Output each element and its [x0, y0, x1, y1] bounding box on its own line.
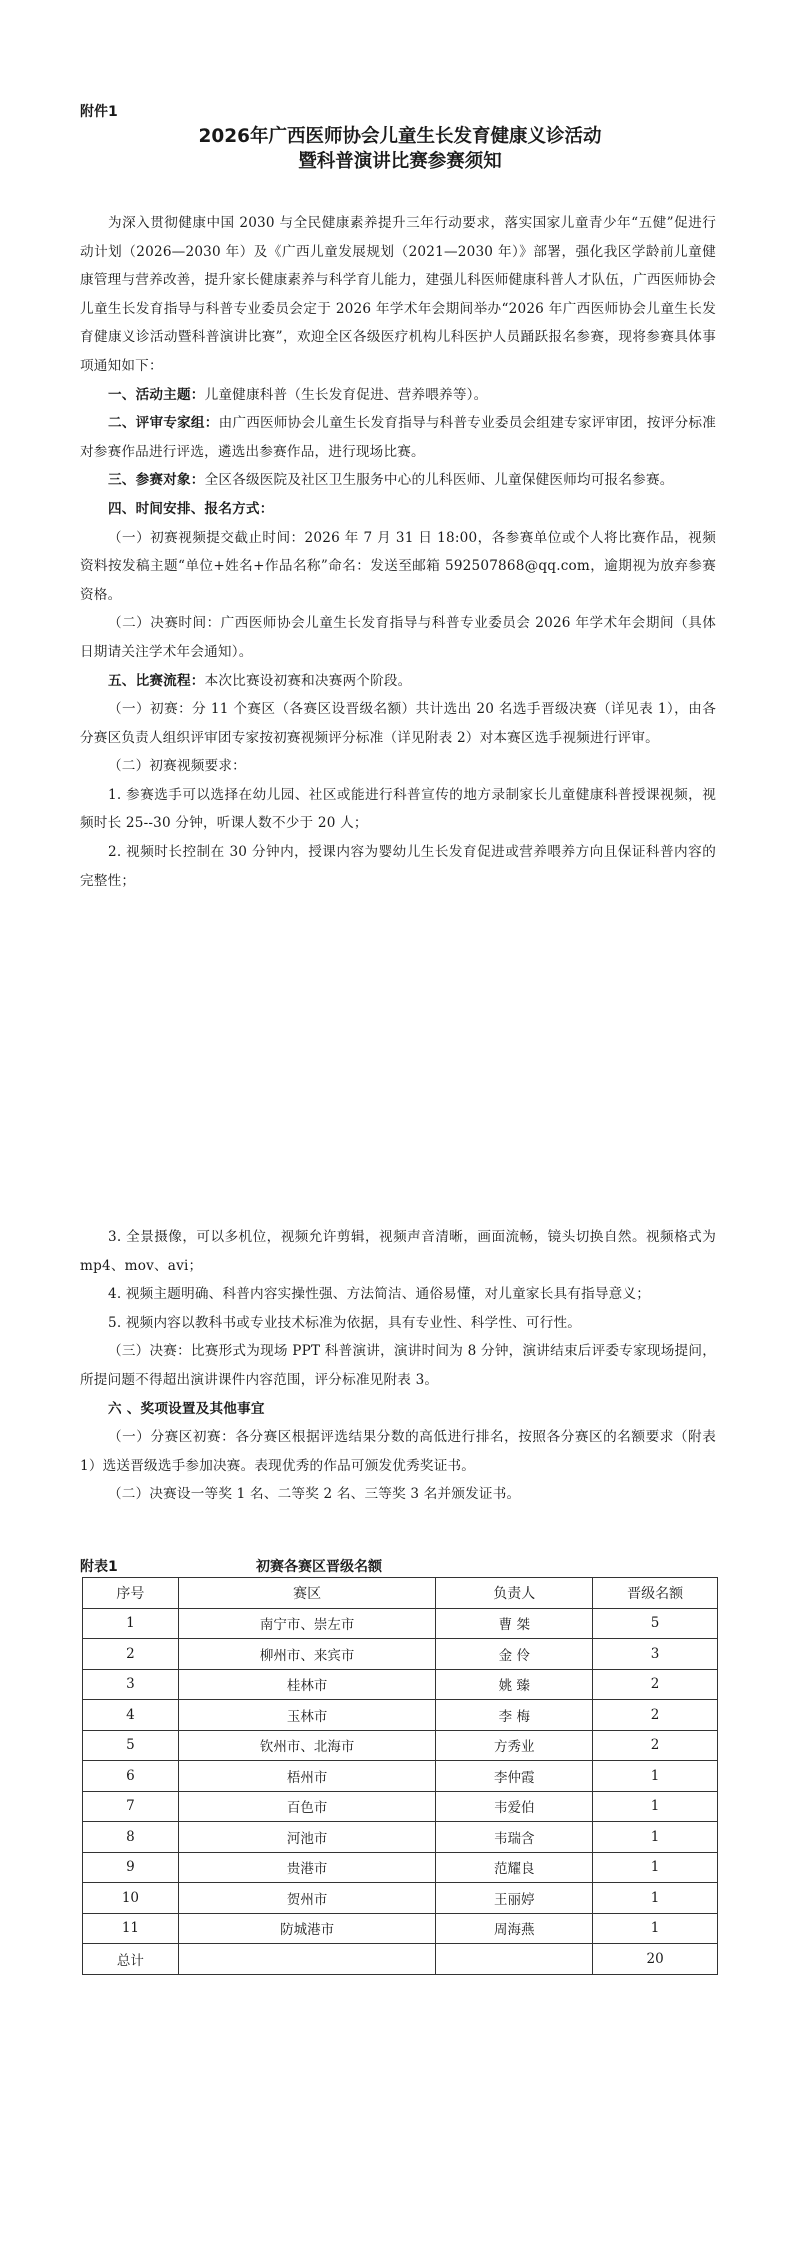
section-6-heading: 六 、奖项设置及其他事宜	[108, 1401, 265, 1417]
table-caption-row: 附表1 初赛各赛区晋级名额	[80, 1556, 718, 1578]
table-total-row: 总计20	[83, 1944, 718, 1975]
section-6: 六 、奖项设置及其他事宜	[80, 1395, 716, 1424]
cell-quota: 2	[593, 1730, 718, 1761]
cell-region: 钦州市、北海市	[178, 1730, 436, 1761]
table-row: 11防城港市周海燕1	[83, 1913, 718, 1944]
section-5-text: 本次比赛设初赛和决赛两个阶段。	[205, 673, 412, 689]
video-requirement-5: 5. 视频内容以教科书或专业技术标准为依据，具有专业性、科学性、可行性。	[80, 1309, 716, 1338]
section-6-item-1: （一）分赛区初赛：各分赛区根据评选结果分数的高低进行排名，按照各分赛区的名额要求…	[80, 1423, 716, 1480]
table-caption: 初赛各赛区晋级名额	[80, 1556, 558, 1578]
cell-person: 王丽婷	[436, 1883, 593, 1914]
header-region: 赛区	[178, 1578, 436, 1609]
table-row: 5钦州市、北海市方秀业2	[83, 1730, 718, 1761]
table-row: 7百色市韦爱伯1	[83, 1791, 718, 1822]
table-row: 8河池市韦瑞含1	[83, 1822, 718, 1853]
cell-region: 桂林市	[178, 1669, 436, 1700]
section-5: 五、比赛流程：本次比赛设初赛和决赛两个阶段。	[80, 667, 716, 696]
cell-quota: 1	[593, 1761, 718, 1792]
section-4-item-2: （二）决赛时间：广西医师协会儿童生长发育指导与科普专业委员会 2026 年学术年…	[80, 609, 716, 666]
document-page: 附件1 2026年广西医师协会儿童生长发育健康义诊活动 暨科普演讲比赛参赛须知 …	[0, 0, 793, 2244]
cell-quota: 2	[593, 1669, 718, 1700]
cell-person: 韦瑞含	[436, 1822, 593, 1853]
cell-index: 2	[83, 1639, 179, 1670]
cell-person: 李 梅	[436, 1700, 593, 1731]
cell-person: 曹 桀	[436, 1608, 593, 1639]
cell-index: 3	[83, 1669, 179, 1700]
section-5-heading: 五、比赛流程：	[108, 673, 205, 689]
cell-person: 李仲霞	[436, 1761, 593, 1792]
section-3: 三、参赛对象：全区各级医院及社区卫生服务中心的儿科医师、儿童保健医师均可报名参赛…	[80, 466, 716, 495]
quota-table: 序号 赛区 负责人 晋级名额 1南宁市、崇左市曹 桀5 2柳州市、来宾市金 伶3…	[82, 1577, 718, 1975]
cell-index: 8	[83, 1822, 179, 1853]
cell-index: 10	[83, 1883, 179, 1914]
video-requirement-3: 3. 全景摄像，可以多机位，视频允许剪辑，视频声音清晰，画面流畅，镜头切换自然。…	[80, 1223, 716, 1280]
table-row: 10贺州市王丽婷1	[83, 1883, 718, 1914]
cell-region: 贺州市	[178, 1883, 436, 1914]
section-4: 四、时间安排、报名方式：	[80, 495, 716, 524]
header-quota: 晋级名额	[593, 1578, 718, 1609]
cell-region: 梧州市	[178, 1761, 436, 1792]
video-requirement-4: 4. 视频主题明确、科普内容实操性强、方法简洁、通俗易懂，对儿童家长具有指导意义…	[80, 1280, 716, 1309]
section-5-item-1: （一）初赛：分 11 个赛区（各赛区设晋级名额）共计选出 20 名选手晋级决赛（…	[80, 695, 716, 752]
cell-quota: 1	[593, 1883, 718, 1914]
section-1-text: 儿童健康科普（生长发育促进、营养喂养等）。	[205, 387, 488, 403]
table-row: 3桂林市姚 臻2	[83, 1669, 718, 1700]
cell-region: 百色市	[178, 1791, 436, 1822]
cell-quota: 1	[593, 1822, 718, 1853]
cell-region: 南宁市、崇左市	[178, 1608, 436, 1639]
section-4-item-1: （一）初赛视频提交截止时间：2026 年 7 月 31 日 18:00，各参赛单…	[80, 524, 716, 610]
cell-person: 周海燕	[436, 1913, 593, 1944]
intro-paragraph: 为深入贯彻健康中国 2030 与全民健康素养提升三年行动要求，落实国家儿童青少年…	[80, 209, 716, 381]
cell-region: 防城港市	[178, 1913, 436, 1944]
cell-quota: 5	[593, 1608, 718, 1639]
cell-region: 柳州市、来宾市	[178, 1639, 436, 1670]
table-row: 9贵港市范耀良1	[83, 1852, 718, 1883]
section-5-item-3: （三）决赛：比赛形式为现场 PPT 科普演讲，演讲时间为 8 分钟，演讲结束后评…	[80, 1337, 716, 1394]
section-5-item-2: （二）初赛视频要求：	[80, 752, 716, 781]
cell-index: 5	[83, 1730, 179, 1761]
cell-index: 11	[83, 1913, 179, 1944]
cell-region: 玉林市	[178, 1700, 436, 1731]
cell-index: 9	[83, 1852, 179, 1883]
section-3-heading: 三、参赛对象：	[108, 472, 205, 488]
cell-empty	[178, 1944, 436, 1975]
document-title-line1: 2026年广西医师协会儿童生长发育健康义诊活动	[80, 124, 720, 149]
cell-person: 范耀良	[436, 1852, 593, 1883]
cell-index: 1	[83, 1608, 179, 1639]
cell-quota: 2	[593, 1700, 718, 1731]
table-row: 6梧州市李仲霞1	[83, 1761, 718, 1792]
header-person: 负责人	[436, 1578, 593, 1609]
cell-person: 金 伶	[436, 1639, 593, 1670]
section-1: 一、活动主题：儿童健康科普（生长发育促进、营养喂养等）。	[80, 381, 716, 410]
cell-index: 7	[83, 1791, 179, 1822]
cell-index: 4	[83, 1700, 179, 1731]
video-requirement-2: 2. 视频时长控制在 30 分钟内，授课内容为婴幼儿生长发育促进或营养喂养方向且…	[80, 838, 716, 895]
table-header-row: 序号 赛区 负责人 晋级名额	[83, 1578, 718, 1609]
section-3-text: 全区各级医院及社区卫生服务中心的儿科医师、儿童保健医师均可报名参赛。	[205, 472, 674, 488]
cell-person: 方秀业	[436, 1730, 593, 1761]
table-row: 2柳州市、来宾市金 伶3	[83, 1639, 718, 1670]
cell-index: 6	[83, 1761, 179, 1792]
cell-region: 贵港市	[178, 1852, 436, 1883]
cell-quota: 1	[593, 1852, 718, 1883]
section-6-item-2: （二）决赛设一等奖 1 名、二等奖 2 名、三等奖 3 名并颁发证书。	[80, 1480, 716, 1509]
table-row: 4玉林市李 梅2	[83, 1700, 718, 1731]
section-2: 二、评审专家组：由广西医师协会儿童生长发育指导与科普专业委员会组建专家评审团，按…	[80, 409, 716, 466]
cell-quota: 1	[593, 1791, 718, 1822]
cell-total-quota: 20	[593, 1944, 718, 1975]
section-1-heading: 一、活动主题：	[108, 387, 205, 403]
cell-region: 河池市	[178, 1822, 436, 1853]
section-4-heading: 四、时间安排、报名方式：	[108, 501, 274, 517]
table-row: 1南宁市、崇左市曹 桀5	[83, 1608, 718, 1639]
body-part-1: 为深入贯彻健康中国 2030 与全民健康素养提升三年行动要求，落实国家儿童青少年…	[80, 209, 716, 895]
cell-total-label: 总计	[83, 1944, 179, 1975]
section-2-heading: 二、评审专家组：	[108, 415, 219, 431]
body-part-2: 3. 全景摄像，可以多机位，视频允许剪辑，视频声音清晰，画面流畅，镜头切换自然。…	[80, 1223, 716, 1509]
video-requirement-1: 1. 参赛选手可以选择在幼儿园、社区或能进行科普宣传的地方录制家长儿童健康科普授…	[80, 781, 716, 838]
attachment-label: 附件1	[80, 101, 118, 123]
cell-quota: 1	[593, 1913, 718, 1944]
cell-person: 韦爱伯	[436, 1791, 593, 1822]
document-title-line2: 暨科普演讲比赛参赛须知	[80, 149, 720, 174]
header-index: 序号	[83, 1578, 179, 1609]
cell-person: 姚 臻	[436, 1669, 593, 1700]
cell-quota: 3	[593, 1639, 718, 1670]
cell-empty	[436, 1944, 593, 1975]
